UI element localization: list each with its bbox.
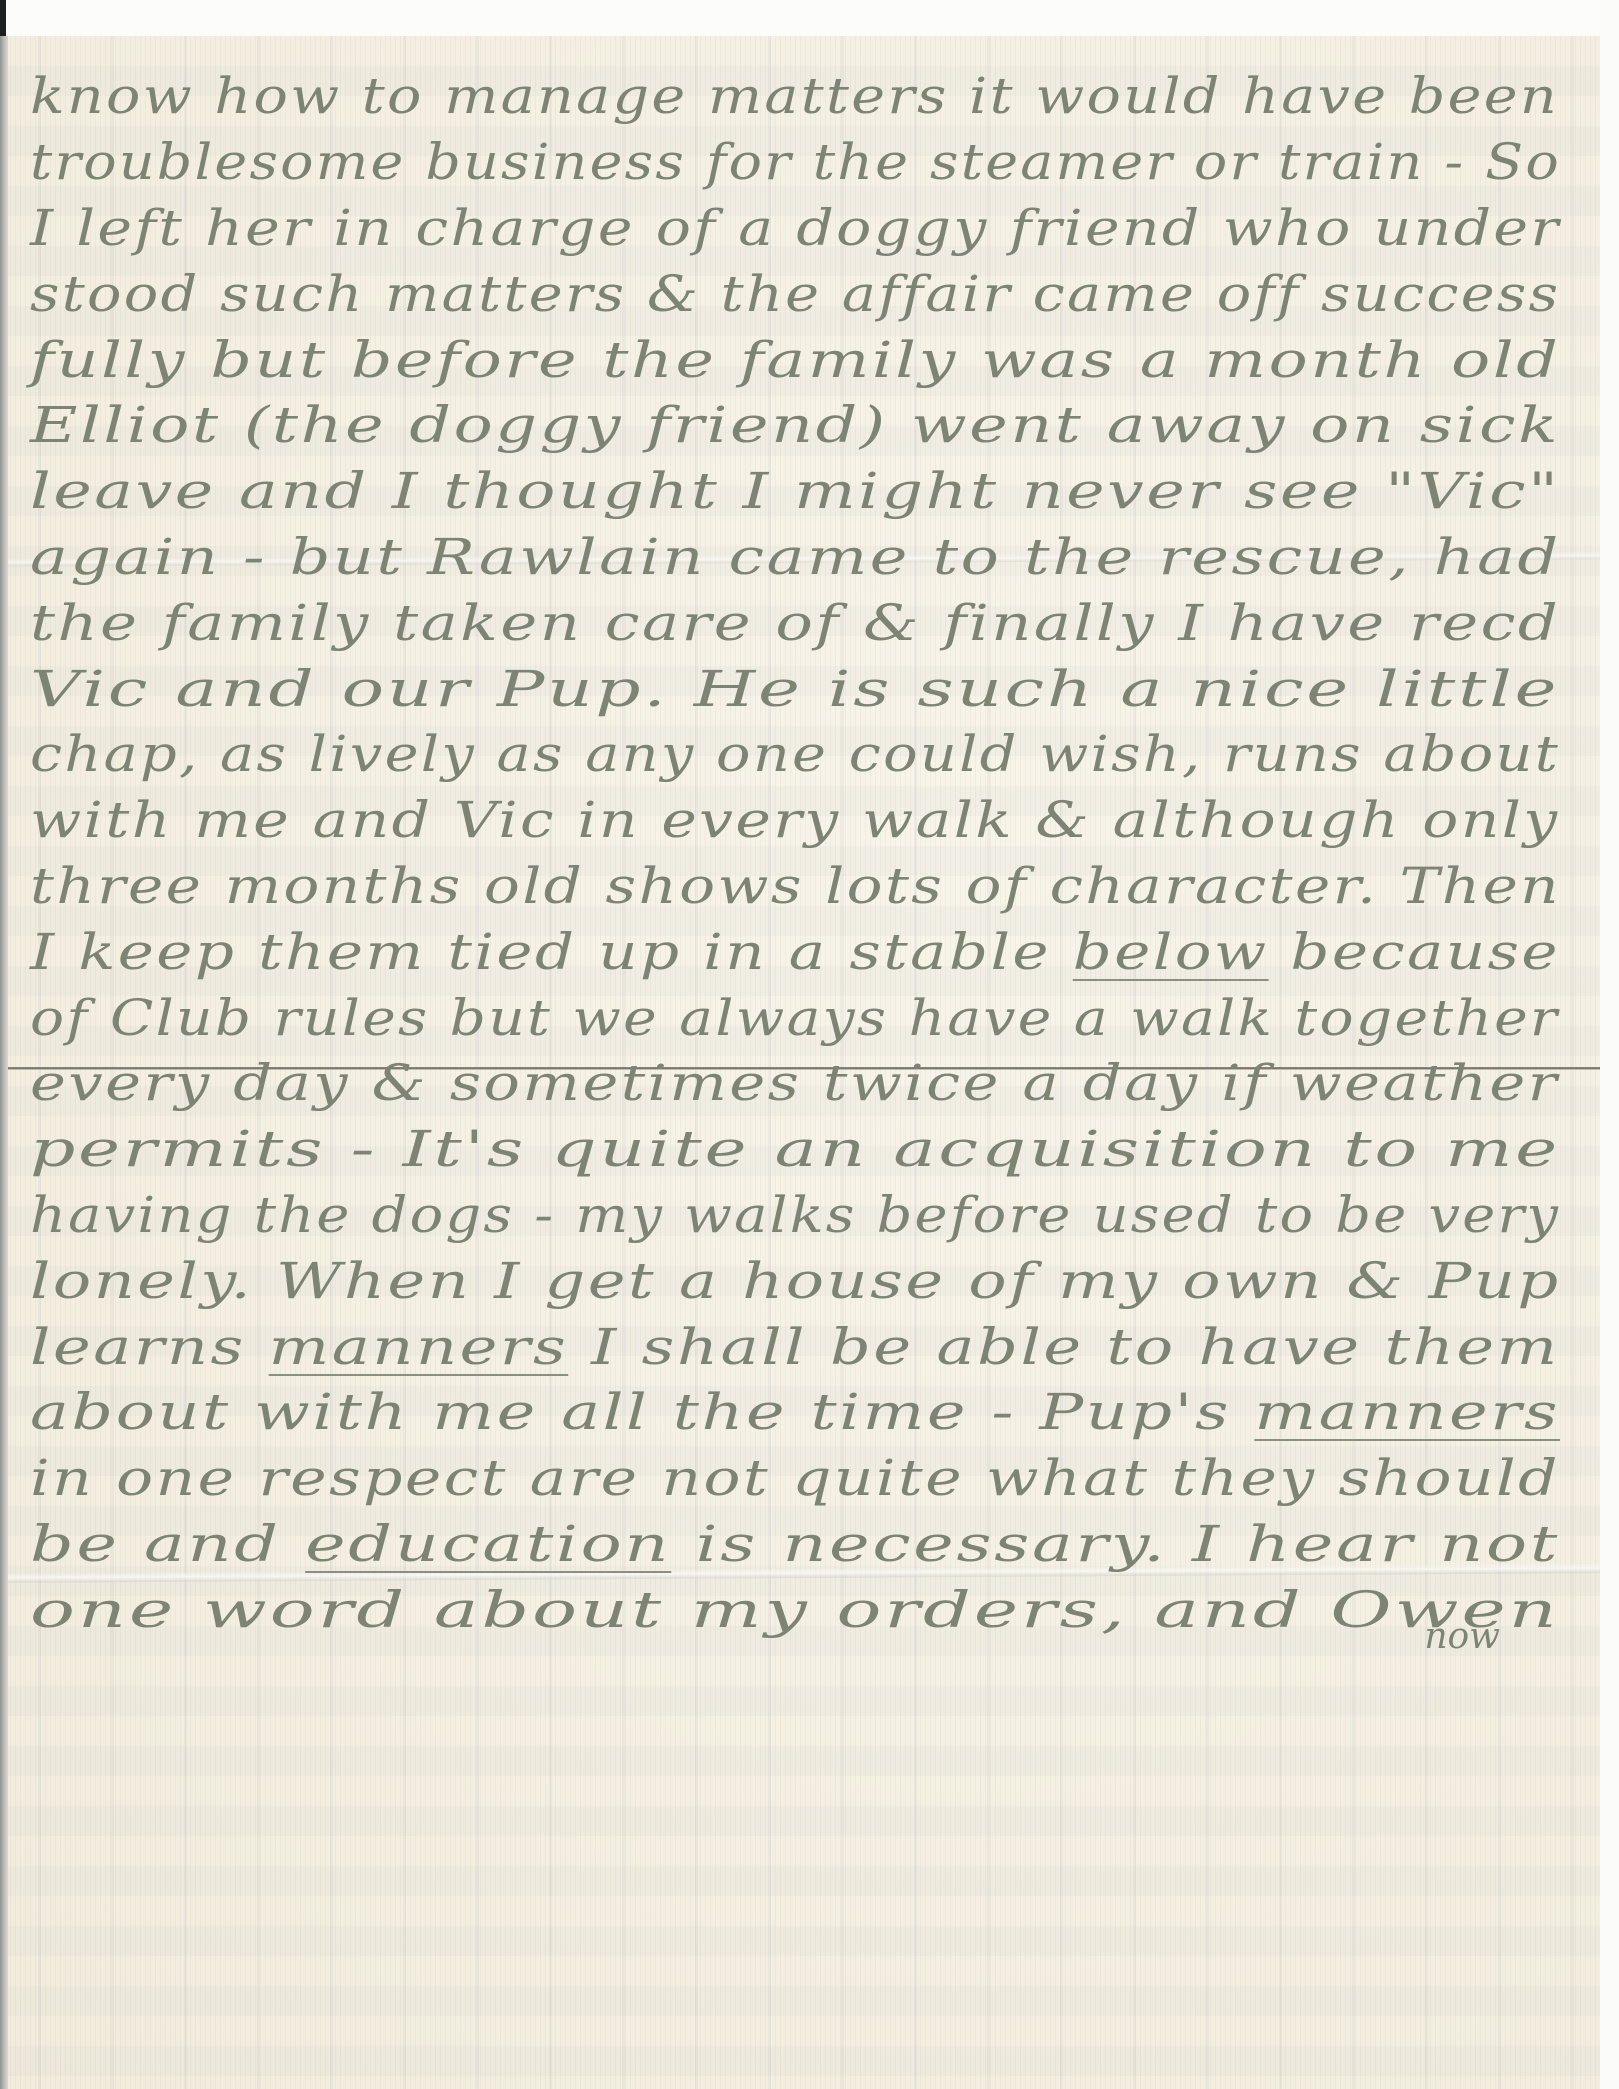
text-line: of Club rules but we always have a walk … — [30, 994, 1559, 1043]
text-line: permits - It's quite an acquisition to m… — [30, 1125, 1560, 1174]
underlined-word: below — [1073, 923, 1269, 981]
text-line: I left her in charge of a doggy friend w… — [30, 204, 1561, 253]
text-line: leave and I thought I might never see "V… — [30, 467, 1561, 516]
page-left-edge — [0, 36, 8, 2089]
text-line: about with me all the time - Pup's manne… — [30, 1388, 1560, 1437]
underlined-word: manners — [269, 1318, 569, 1376]
underlined-word: education — [305, 1515, 671, 1573]
text-line: know how to manage matters it would have… — [30, 72, 1559, 121]
text-line: Elliot (the doggy friend) went away on s… — [30, 401, 1560, 450]
letter-page: know how to manage matters it would have… — [0, 36, 1600, 2089]
handwritten-text: know how to manage matters it would have… — [30, 56, 1590, 1635]
text-line: in one respect are not quite what they s… — [30, 1454, 1560, 1503]
text-line: chap, as lively as any one could wish, r… — [30, 730, 1560, 779]
text-line: with me and Vic in every walk & although… — [30, 796, 1559, 845]
catchword: now — [1424, 1616, 1500, 1657]
text-line: having the dogs - my walks before used t… — [30, 1191, 1560, 1240]
text-line: one word about my orders, and Owen — [30, 1586, 1560, 1635]
text-line: lonely. When I get a house of my own & P… — [30, 1257, 1561, 1306]
text-line: three months old shows lots of character… — [30, 862, 1561, 911]
text-line: stood such matters & the affair came off… — [30, 270, 1560, 319]
text-line: every day & sometimes twice a day if wea… — [30, 1059, 1559, 1108]
text-line: fully but before the family was a month … — [30, 336, 1560, 385]
text-line: learns manners I shall be able to have t… — [30, 1323, 1560, 1372]
text-line: again - but Rawlain came to the rescue, … — [30, 533, 1561, 582]
scan-right-margin — [1600, 0, 1619, 2089]
text-line: I keep them tied up in a stable below be… — [30, 928, 1560, 977]
text-line: the family taken care of & finally I hav… — [30, 599, 1560, 648]
scan-top-margin — [0, 0, 1619, 36]
scan-edge-shadow — [0, 0, 6, 36]
underlined-word: manners — [1254, 1383, 1560, 1441]
text-line: Vic and our Pup. He is such a nice littl… — [30, 665, 1559, 714]
text-line: troublesome business for the steamer or … — [30, 138, 1561, 187]
text-line: be and education is necessary. I hear no… — [30, 1520, 1560, 1569]
